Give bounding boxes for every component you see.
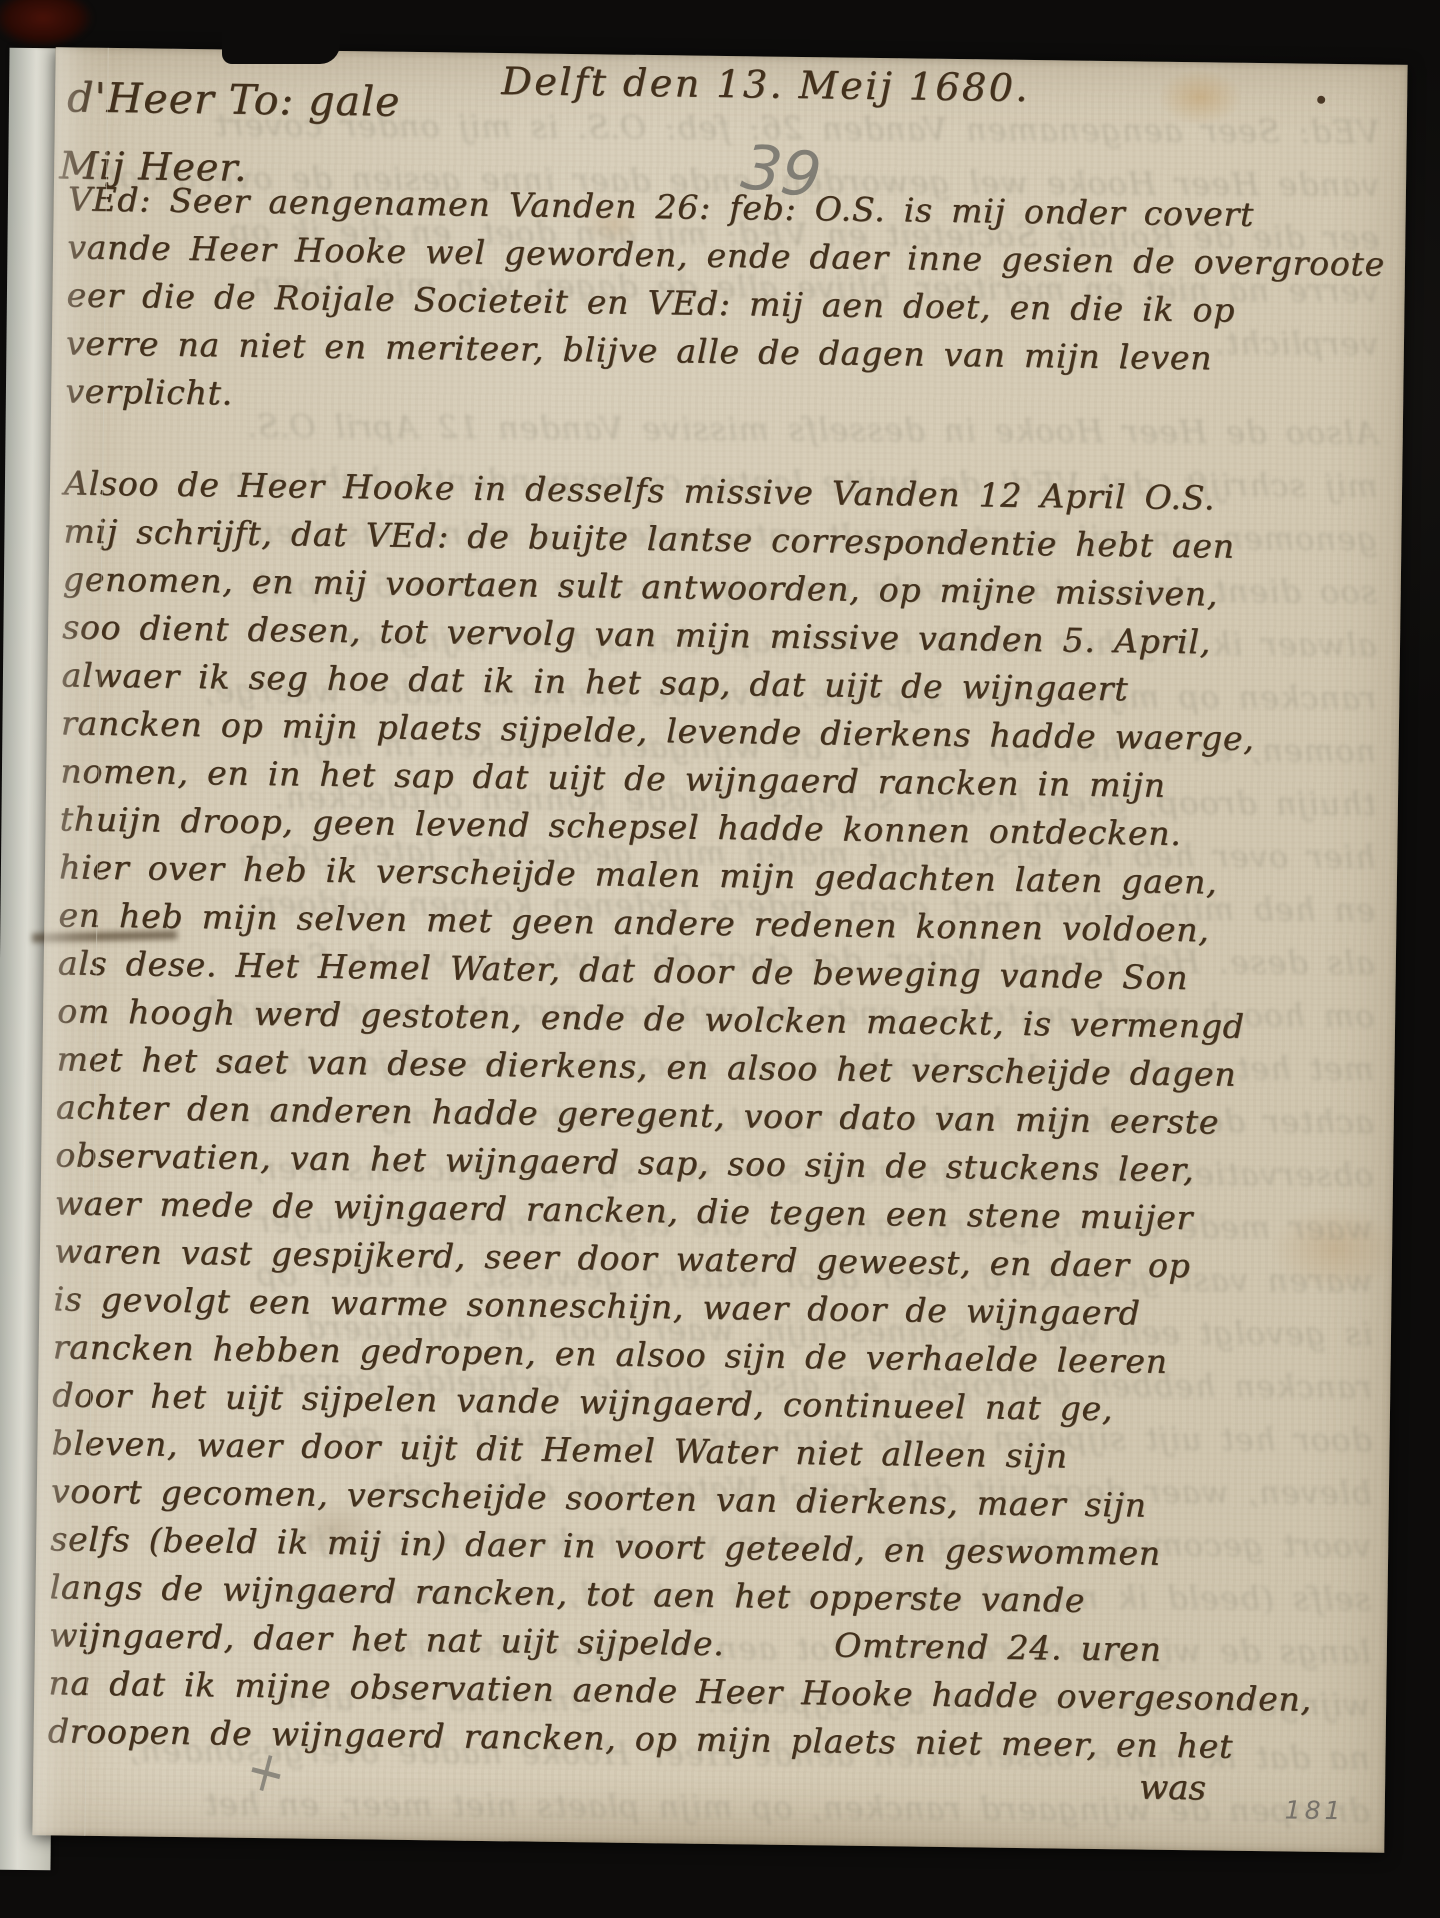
photograph-of-letter: VEd: Seer aengenamen Vanden 26: feb: O.S… (0, 0, 1440, 1918)
date-line: Delft den 13. Meij 1680. (501, 59, 1030, 110)
catchword: was (1139, 1768, 1206, 1809)
black-notch-top-edge (222, 0, 340, 64)
letter-paragraph: Alsoo de Heer Hooke in desselfs missive … (47, 459, 1398, 1772)
letter-sheet: VEd: Seer aengenamen Vanden 26: feb: O.S… (32, 47, 1407, 1853)
letter-body: VEd: Seer aengenamen Vanden 26: feb: O.S… (47, 175, 1402, 1772)
pencil-page-number: 181 (1285, 1795, 1345, 1825)
letter-paragraph: VEd: Seer aengenamen Vanden 26: feb: O.S… (65, 175, 1402, 432)
ink-layer: Delft den 13. Meij 1680. d'Heer To: gale… (32, 47, 1407, 1853)
ink-dot (1317, 96, 1325, 104)
dark-blob-top-left (0, 0, 108, 56)
addressee-line: d'Heer To: gale (67, 73, 401, 125)
